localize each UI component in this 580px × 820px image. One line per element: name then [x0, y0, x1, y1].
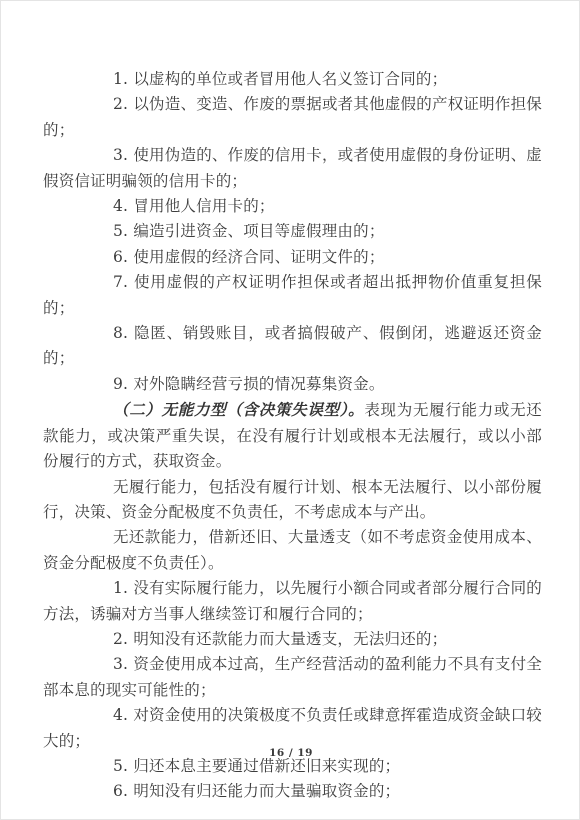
- document-page: 1. 以虚构的单位或者冒用他人名义签订合同的；2. 以伪造、变造、作废的票据或者…: [0, 0, 580, 820]
- paragraph: （二）无能力型（含决策失误型）。表现为无履行能力或无还款能力，或决策严重失误，在…: [43, 397, 542, 474]
- paragraph: 3. 使用伪造的、作废的信用卡，或者使用虚假的身份证明、虚假资信证明骗领的信用卡…: [43, 143, 542, 194]
- paragraph: 2. 以伪造、变造、作废的票据或者其他虚假的产权证明作担保的；: [43, 92, 542, 143]
- page-number: 16 / 19: [1, 747, 580, 759]
- paragraph: 6. 使用虚假的经济合同、证明文件的；: [43, 245, 542, 270]
- paragraph: 5. 编造引进资金、项目等虚假理由的；: [43, 219, 542, 244]
- paragraph: 3. 资金使用成本过高，生产经营活动的盈利能力不具有支付全部本息的现实可能性的；: [43, 652, 542, 703]
- paragraph: 4. 冒用他人信用卡的；: [43, 194, 542, 219]
- paragraph: 9. 对外隐瞒经营亏损的情况募集资金。: [43, 372, 542, 397]
- paragraph: 无履行能力，包括没有履行计划、根本无法履行、以小部份履行，决策、资金分配极度不负…: [43, 475, 542, 526]
- paragraph: 1. 以虚构的单位或者冒用他人名义签订合同的；: [43, 67, 542, 92]
- document-body: 1. 以虚构的单位或者冒用他人名义签订合同的；2. 以伪造、变造、作废的票据或者…: [43, 67, 542, 805]
- paragraph: 6. 明知没有归还能力而大量骗取资金的；: [43, 779, 542, 804]
- paragraph: 2. 明知没有还款能力而大量透支，无法归还的；: [43, 627, 542, 652]
- paragraph: 1. 没有实际履行能力，以先履行小额合同或者部分履行合同的方法，诱骗对方当事人继…: [43, 576, 542, 627]
- section-heading: （二）无能力型（含决策失误型）。: [113, 400, 364, 419]
- paragraph: 7. 使用虚假的产权证明作担保或者超出抵押物价值重复担保的；: [43, 270, 542, 321]
- paragraph: 无还款能力，借新还旧、大量透支（如不考虑资金使用成本、资金分配极度不负责任）。: [43, 525, 542, 576]
- paragraph: 8. 隐匿、销毁账目，或者搞假破产、假倒闭，逃避返还资金的；: [43, 321, 542, 372]
